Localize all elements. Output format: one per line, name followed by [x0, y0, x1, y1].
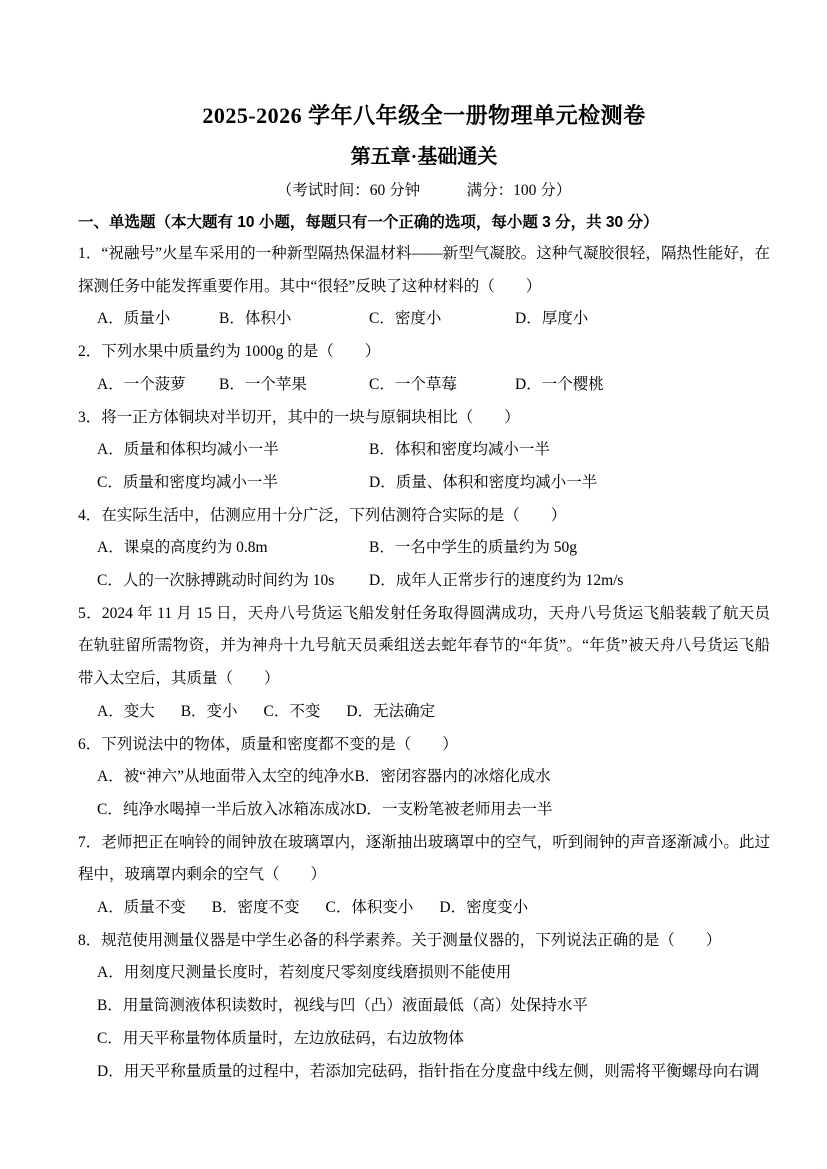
question-2-options: A．一个菠萝 B．一个苹果 C．一个草莓 D．一个樱桃	[78, 369, 770, 402]
question-1-stem: 1．“祝融号”火星车采用的一种新型隔热保温材料——新型气凝胶。这种气凝胶很轻，隔…	[78, 238, 770, 303]
question-4-options-row-1: A．课桌的高度约为 0.8m B．一名中学生的质量约为 50g	[78, 532, 770, 565]
question-4-option-b: B．一名中学生的质量约为 50g	[369, 532, 577, 565]
question-list: 1．“祝融号”火星车采用的一种新型隔热保温材料——新型气凝胶。这种气凝胶很轻，隔…	[78, 238, 770, 1088]
page-title: 2025-2026 学年八年级全一册物理单元检测卷	[78, 100, 770, 132]
question-3-stem: 3．将一正方体铜块对半切开，其中的一块与原铜块相比（ ）	[78, 402, 770, 435]
question-7-option-d: D．密度变小	[439, 892, 528, 925]
question-7-option-c: C．体积变小	[326, 892, 414, 925]
question-3: 3．将一正方体铜块对半切开，其中的一块与原铜块相比（ ） A．质量和体积均减小一…	[78, 402, 770, 500]
question-6-options-row-1: A．被“神六”从地面带入太空的纯净水 B．密闭容器内的冰熔化成水	[78, 761, 770, 794]
question-6-stem: 6．下列说法中的物体，质量和密度都不变的是（ ）	[78, 729, 770, 762]
question-5-option-a: A．变大	[97, 696, 155, 729]
question-6: 6．下列说法中的物体，质量和密度都不变的是（ ） A．被“神六”从地面带入太空的…	[78, 729, 770, 827]
question-1-option-b: B．体积小	[219, 303, 369, 336]
exam-paper-page: 2025-2026 学年八年级全一册物理单元检测卷 第五章·基础通关 （考试时间…	[0, 0, 827, 1169]
question-5-stem: 5．2024 年 11 月 15 日，天舟八号货运飞船发射任务取得圆满成功，天舟…	[78, 598, 770, 696]
exam-info-line: （考试时间：60 分钟 满分：100 分）	[78, 180, 770, 202]
question-6-option-b: B．密闭容器内的冰熔化成水	[354, 761, 550, 794]
question-5-option-c: C．不变	[264, 696, 321, 729]
question-4-option-a: A．课桌的高度约为 0.8m	[97, 532, 369, 565]
question-8-option-c: C．用天平称量物体质量时，左边放砝码，右边放物体	[97, 1023, 770, 1056]
question-3-option-d: D．质量、体积和密度均减小一半	[369, 467, 597, 500]
question-7-option-b: B．密度不变	[212, 892, 300, 925]
question-8-option-b: B．用量筒测液体积读数时，视线与凹（凸）液面最低（高）处保持水平	[97, 990, 770, 1023]
chapter-subtitle: 第五章·基础通关	[78, 143, 770, 171]
question-1-option-d: D．厚度小	[515, 303, 770, 336]
question-4-option-c: C．人的一次脉搏跳动时间约为 10s	[97, 565, 369, 598]
question-1-option-a: A．质量小	[97, 303, 219, 336]
question-4-stem: 4．在实际生活中，估测应用十分广泛，下列估测符合实际的是（ ）	[78, 500, 770, 533]
question-5-options: A．变大 B．变小 C．不变 D．无法确定	[78, 696, 770, 729]
question-4-option-d: D．成年人正常步行的速度约为 12m/s	[369, 565, 623, 598]
question-1-option-c: C．密度小	[369, 303, 515, 336]
question-8-stem: 8．规范使用测量仪器是中学生必备的科学素养。关于测量仪器的，下列说法正确的是（ …	[78, 925, 770, 958]
question-5-option-d: D．无法确定	[346, 696, 435, 729]
question-2-option-c: C．一个草莓	[369, 369, 515, 402]
question-7-option-a: A．质量不变	[97, 892, 186, 925]
question-2-option-b: B．一个苹果	[219, 369, 369, 402]
question-4: 4．在实际生活中，估测应用十分广泛，下列估测符合实际的是（ ） A．课桌的高度约…	[78, 500, 770, 598]
question-6-options-row-2: C．纯净水喝掉一半后放入冰箱冻成冰 D．一支粉笔被老师用去一半	[78, 794, 770, 827]
question-3-option-c: C．质量和密度均减小一半	[97, 467, 369, 500]
question-3-option-b: B．体积和密度均减小一半	[369, 434, 550, 467]
question-2: 2．下列水果中质量约为 1000g 的是（ ） A．一个菠萝 B．一个苹果 C．…	[78, 336, 770, 401]
question-6-option-d: D．一支粉笔被老师用去一半	[355, 794, 552, 827]
question-2-stem: 2．下列水果中质量约为 1000g 的是（ ）	[78, 336, 770, 369]
question-1-options: A．质量小 B．体积小 C．密度小 D．厚度小	[78, 303, 770, 336]
question-8-option-a: A．用刻度尺测量长度时，若刻度尺零刻度线磨损则不能使用	[97, 957, 770, 990]
question-8-options: A．用刻度尺测量长度时，若刻度尺零刻度线磨损则不能使用 B．用量筒测液体积读数时…	[78, 957, 770, 1088]
question-3-option-a: A．质量和体积均减小一半	[97, 434, 369, 467]
question-8: 8．规范使用测量仪器是中学生必备的科学素养。关于测量仪器的，下列说法正确的是（ …	[78, 925, 770, 1089]
question-3-options-row-2: C．质量和密度均减小一半 D．质量、体积和密度均减小一半	[78, 467, 770, 500]
question-6-option-c: C．纯净水喝掉一半后放入冰箱冻成冰	[97, 794, 355, 827]
question-1: 1．“祝融号”火星车采用的一种新型隔热保温材料——新型气凝胶。这种气凝胶很轻，隔…	[78, 238, 770, 336]
question-5: 5．2024 年 11 月 15 日，天舟八号货运飞船发射任务取得圆满成功，天舟…	[78, 598, 770, 729]
question-8-option-d: D．用天平称量质量的过程中，若添加完砝码，指针指在分度盘中线左侧，则需将平衡螺母…	[97, 1056, 770, 1089]
question-5-option-b: B．变小	[181, 696, 238, 729]
question-4-options-row-2: C．人的一次脉搏跳动时间约为 10s D．成年人正常步行的速度约为 12m/s	[78, 565, 770, 598]
question-7: 7．老师把正在响铃的闹钟放在玻璃罩内，逐渐抽出玻璃罩中的空气，听到闹钟的声音逐渐…	[78, 827, 770, 925]
question-7-stem: 7．老师把正在响铃的闹钟放在玻璃罩内，逐渐抽出玻璃罩中的空气，听到闹钟的声音逐渐…	[78, 827, 770, 892]
question-6-option-a: A．被“神六”从地面带入太空的纯净水	[97, 761, 354, 794]
question-3-options-row-1: A．质量和体积均减小一半 B．体积和密度均减小一半	[78, 434, 770, 467]
question-7-options: A．质量不变 B．密度不变 C．体积变小 D．密度变小	[78, 892, 770, 925]
question-2-option-a: A．一个菠萝	[97, 369, 219, 402]
section-one-header: 一、单选题（本大题有 10 小题，每题只有一个正确的选项，每小题 3 分，共 3…	[78, 210, 770, 236]
question-2-option-d: D．一个樱桃	[515, 369, 770, 402]
